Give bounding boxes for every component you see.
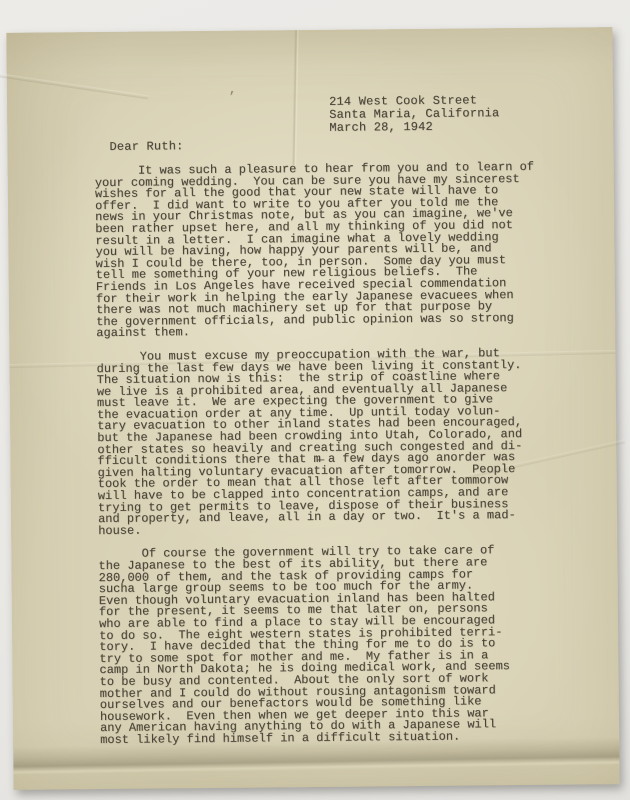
date-line: March 28, 1942 [329, 120, 499, 135]
letter-paper: , 214 West Cook Street Santa Maria, Cali… [6, 27, 619, 790]
paragraph-evacuation-situation: You must excuse my preoccupation with th… [96, 347, 588, 537]
letter-body: It was such a pleasure to hear from you … [95, 161, 591, 758]
paper-crease-vertical [292, 30, 299, 165]
return-address-block: 214 West Cook Street Santa Maria, Califo… [329, 94, 500, 135]
salutation: Dear Ruth: [109, 139, 183, 154]
paragraph-government-camps: Of course the government will try to tak… [98, 545, 590, 747]
paragraph-wedding-congratulations: It was such a pleasure to hear from you … [95, 161, 587, 340]
paper-crease-top-left [0, 73, 148, 99]
stray-typed-mark: , [229, 83, 236, 97]
